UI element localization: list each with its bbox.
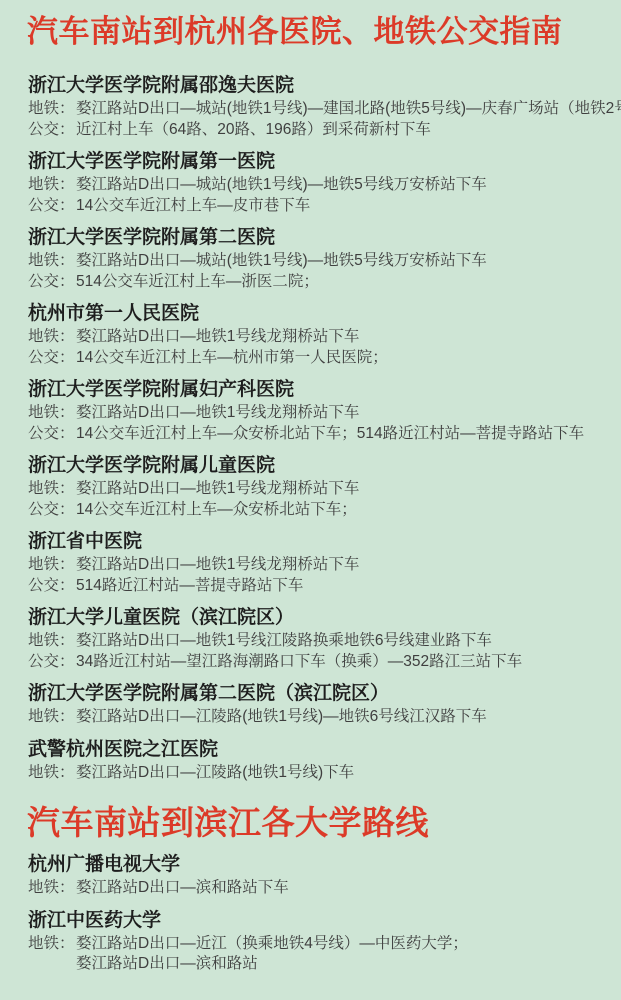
hospital-section: 浙江大学医学院附属邵逸夫医院 地铁： 婺江路站D出口—城站(地铁1号线)—建国北… bbox=[0, 73, 621, 140]
university-section: 杭州广播电视大学 地铁： 婺江路站D出口—滨和路站下车 bbox=[0, 852, 621, 899]
route-row: 地铁： 婺江路站D出口—地铁1号线龙翔桥站下车 bbox=[28, 479, 621, 500]
hospital-section: 杭州市第一人民医院 地铁： 婺江路站D出口—地铁1号线龙翔桥站下车 公交： 14… bbox=[0, 301, 621, 368]
hospital-name: 浙江省中医院 bbox=[28, 529, 621, 555]
route-description: 婺江路站D出口—地铁1号线龙翔桥站下车 bbox=[76, 555, 359, 576]
route-description: 婺江路站D出口—地铁1号线龙翔桥站下车 bbox=[76, 327, 359, 348]
route-type-label: 地铁： bbox=[28, 251, 76, 272]
route-row: 地铁： 婺江路站D出口—地铁1号线江陵路换乘地铁6号线建业路下车 bbox=[28, 631, 621, 652]
route-type-label: 公交： bbox=[28, 652, 76, 673]
route-type-label: 公交： bbox=[28, 348, 76, 369]
hospital-section: 浙江大学医学院附属第二医院（滨江院区） 地铁： 婺江路站D出口—江陵路(地铁1号… bbox=[0, 681, 621, 728]
route-row: 地铁： 婺江路站D出口—城站(地铁1号线)—建国北路(地铁5号线)—庆春广场站（… bbox=[28, 99, 621, 120]
route-row: 地铁： 婺江路站D出口—江陵路(地铁1号线)下车 bbox=[28, 763, 621, 784]
route-type-label: 公交： bbox=[28, 272, 76, 293]
route-row: 地铁： 婺江路站D出口—地铁1号线龙翔桥站下车 bbox=[28, 403, 621, 424]
hospital-section: 浙江大学医学院附属第一医院 地铁： 婺江路站D出口—城站(地铁1号线)—地铁5号… bbox=[0, 149, 621, 216]
route-row: 公交： 14公交车近江村上车—杭州市第一人民医院； bbox=[28, 348, 621, 369]
university-name: 杭州广播电视大学 bbox=[28, 852, 621, 878]
route-type-label: 公交： bbox=[28, 424, 76, 445]
university-section: 浙江中医药大学 地铁： 婺江路站D出口—近江（换乘地铁4号线）—中医药大学； 婺… bbox=[0, 908, 621, 975]
route-description: 34路近江村站—望江路海潮路口下车（换乘）—352路江三站下车 bbox=[76, 652, 522, 673]
hospital-name: 浙江大学医学院附属第二医院 bbox=[28, 225, 621, 251]
hospital-name: 浙江大学医学院附属第一医院 bbox=[28, 149, 621, 175]
hospital-name: 浙江大学医学院附属邵逸夫医院 bbox=[28, 73, 621, 99]
hospital-name: 浙江大学医学院附属第二医院（滨江院区） bbox=[28, 681, 621, 707]
hospital-name: 浙江大学医学院附属儿童医院 bbox=[28, 453, 621, 479]
route-description: 婺江路站D出口—城站(地铁1号线)—地铁5号线万安桥站下车 bbox=[76, 251, 487, 272]
route-description: 14公交车近江村上车—杭州市第一人民医院； bbox=[76, 348, 388, 369]
route-description: 514公交车近江村上车—浙医二院； bbox=[76, 272, 319, 293]
route-row: 公交： 514公交车近江村上车—浙医二院； bbox=[28, 272, 621, 293]
route-description: 婺江路站D出口—地铁1号线龙翔桥站下车 bbox=[76, 479, 359, 500]
route-type-label: 地铁： bbox=[28, 175, 76, 196]
hospital-section: 浙江大学医学院附属妇产科医院 地铁： 婺江路站D出口—地铁1号线龙翔桥站下车 公… bbox=[0, 377, 621, 444]
route-description: 婺江路站D出口—城站(地铁1号线)—地铁5号线万安桥站下车 bbox=[76, 175, 487, 196]
route-type-label: 地铁： bbox=[28, 555, 76, 576]
route-description: 婺江路站D出口—近江（换乘地铁4号线）—中医药大学； 婺江路站D出口—滨和路站 bbox=[76, 934, 468, 975]
hospital-name: 浙江大学儿童医院（滨江院区） bbox=[28, 605, 621, 631]
route-type-label: 公交： bbox=[28, 120, 76, 141]
hospital-section: 浙江大学医学院附属儿童医院 地铁： 婺江路站D出口—地铁1号线龙翔桥站下车 公交… bbox=[0, 453, 621, 520]
route-type-label: 地铁： bbox=[28, 763, 76, 784]
route-row: 地铁： 婺江路站D出口—城站(地铁1号线)—地铁5号线万安桥站下车 bbox=[28, 175, 621, 196]
route-type-label: 公交： bbox=[28, 196, 76, 217]
hospital-section: 浙江省中医院 地铁： 婺江路站D出口—地铁1号线龙翔桥站下车 公交： 514路近… bbox=[0, 529, 621, 596]
route-row: 地铁： 婺江路站D出口—地铁1号线龙翔桥站下车 bbox=[28, 327, 621, 348]
route-description: 14公交车近江村上车—众安桥北站下车； bbox=[76, 500, 357, 521]
route-type-label: 地铁： bbox=[28, 878, 76, 899]
route-description: 14公交车近江村上车—皮市巷下车 bbox=[76, 196, 310, 217]
route-type-label: 地铁： bbox=[28, 99, 76, 120]
guide-title-universities: 汽车南站到滨江各大学路线 bbox=[0, 803, 621, 843]
hospital-section: 浙江大学儿童医院（滨江院区） 地铁： 婺江路站D出口—地铁1号线江陵路换乘地铁6… bbox=[0, 605, 621, 672]
route-row: 地铁： 婺江路站D出口—近江（换乘地铁4号线）—中医药大学； 婺江路站D出口—滨… bbox=[28, 934, 621, 975]
route-type-label: 地铁： bbox=[28, 631, 76, 652]
route-row: 地铁： 婺江路站D出口—地铁1号线龙翔桥站下车 bbox=[28, 555, 621, 576]
route-row: 公交： 514路近江村站—菩提寺路站下车 bbox=[28, 576, 621, 597]
hospital-name: 杭州市第一人民医院 bbox=[28, 301, 621, 327]
route-row: 地铁： 婺江路站D出口—江陵路(地铁1号线)—地铁6号线江汉路下车 bbox=[28, 707, 621, 728]
route-description: 婺江路站D出口—江陵路(地铁1号线)下车 bbox=[76, 763, 354, 784]
hospital-name: 浙江大学医学院附属妇产科医院 bbox=[28, 377, 621, 403]
route-type-label: 公交： bbox=[28, 576, 76, 597]
route-description: 婺江路站D出口—滨和路站下车 bbox=[76, 878, 289, 899]
hospital-section: 武警杭州医院之江医院 地铁： 婺江路站D出口—江陵路(地铁1号线)下车 bbox=[0, 737, 621, 784]
route-type-label: 地铁： bbox=[28, 403, 76, 424]
route-description: 14公交车近江村上车—众安桥北站下车；514路近江村站—菩提寺路站下车 bbox=[76, 424, 584, 445]
guide-title-hospitals: 汽车南站到杭州各医院、地铁公交指南 bbox=[0, 14, 621, 50]
route-description: 婺江路站D出口—江陵路(地铁1号线)—地铁6号线江汉路下车 bbox=[76, 707, 487, 728]
route-row: 公交： 34路近江村站—望江路海潮路口下车（换乘）—352路江三站下车 bbox=[28, 652, 621, 673]
route-row: 公交： 近江村上车（64路、20路、196路）到采荷新村下车 bbox=[28, 120, 621, 141]
route-description: 近江村上车（64路、20路、196路）到采荷新村下车 bbox=[76, 120, 431, 141]
route-description: 514路近江村站—菩提寺路站下车 bbox=[76, 576, 303, 597]
route-row: 公交： 14公交车近江村上车—众安桥北站下车； bbox=[28, 500, 621, 521]
route-row: 地铁： 婺江路站D出口—滨和路站下车 bbox=[28, 878, 621, 899]
transit-guide-page: 汽车南站到杭州各医院、地铁公交指南 浙江大学医学院附属邵逸夫医院 地铁： 婺江路… bbox=[0, 0, 621, 1000]
route-description: 婺江路站D出口—地铁1号线江陵路换乘地铁6号线建业路下车 bbox=[76, 631, 492, 652]
university-name: 浙江中医药大学 bbox=[28, 908, 621, 934]
route-type-label: 地铁： bbox=[28, 934, 76, 955]
route-type-label: 地铁： bbox=[28, 327, 76, 348]
route-row: 公交： 14公交车近江村上车—众安桥北站下车；514路近江村站—菩提寺路站下车 bbox=[28, 424, 621, 445]
hospital-name: 武警杭州医院之江医院 bbox=[28, 737, 621, 763]
route-type-label: 地铁： bbox=[28, 479, 76, 500]
route-row: 公交： 14公交车近江村上车—皮市巷下车 bbox=[28, 196, 621, 217]
route-type-label: 地铁： bbox=[28, 707, 76, 728]
route-row: 地铁： 婺江路站D出口—城站(地铁1号线)—地铁5号线万安桥站下车 bbox=[28, 251, 621, 272]
route-type-label: 公交： bbox=[28, 500, 76, 521]
route-description: 婺江路站D出口—城站(地铁1号线)—建国北路(地铁5号线)—庆春广场站（地铁2号… bbox=[76, 99, 621, 120]
hospital-section: 浙江大学医学院附属第二医院 地铁： 婺江路站D出口—城站(地铁1号线)—地铁5号… bbox=[0, 225, 621, 292]
route-description: 婺江路站D出口—地铁1号线龙翔桥站下车 bbox=[76, 403, 359, 424]
